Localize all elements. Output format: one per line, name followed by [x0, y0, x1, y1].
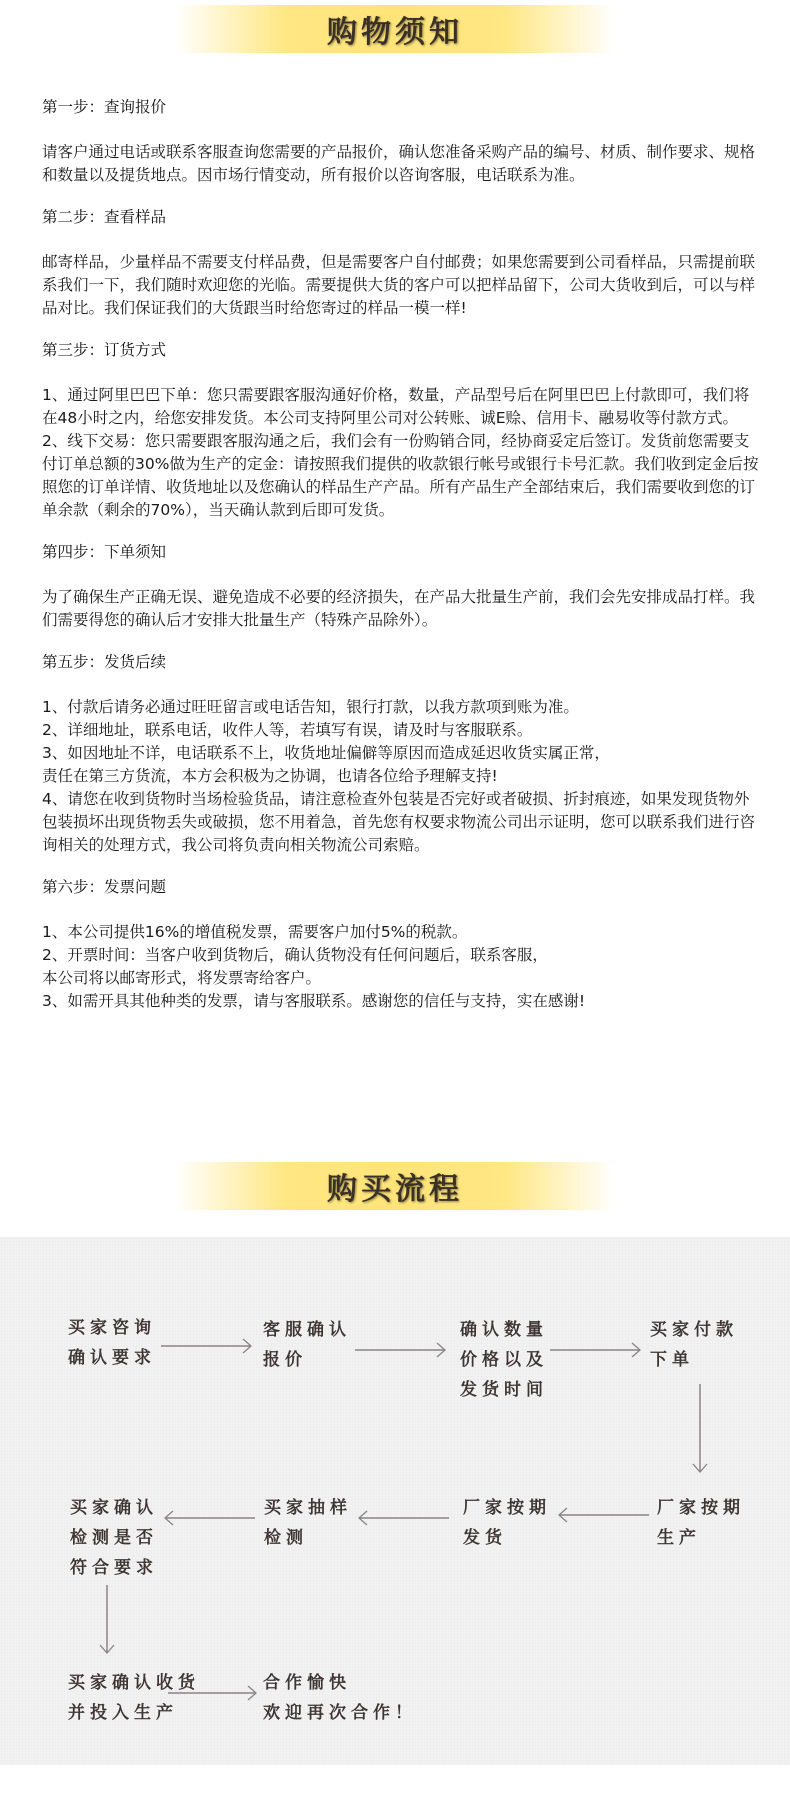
step-1-title: 第一步：查询报价 — [42, 96, 762, 119]
flow-node-inspection: 买家确认 检测是否 符合要求 — [70, 1493, 158, 1583]
step-6-item-3: 3、如需开具其他种类的发票，请与客服联系。感谢您的信任与支持，实在感谢! — [42, 990, 762, 1013]
step-4-title: 第四步：下单须知 — [42, 541, 762, 564]
purchase-flow-title: 购买流程 — [327, 1164, 463, 1208]
step-5-item-1: 1、付款后请务必通过旺旺留言或电话告知，银行打款，以我方款项到账为准。 — [42, 696, 762, 719]
step-5-item-3: 3、如因地址不详，电话联系不上，收货地址偏僻等原因而造成延迟收货实属正常， — [42, 742, 762, 765]
step-6-item-1: 1、本公司提供16%的增值税发票，需要客户加付5%的税款。 — [42, 921, 762, 944]
step-2-section: 第二步：查看样品 邮寄样品，少量样品不需要支付样品费，但是需要客户自付邮费；如果… — [42, 206, 762, 320]
shopping-notice-banner: 购物须知 — [175, 5, 615, 53]
step-6-section: 第六步：发票问题 1、本公司提供16%的增值税发票，需要客户加付5%的税款。 2… — [42, 876, 762, 1013]
step-1-section: 第一步：查询报价 请客户通过电话或联系客服查询您需要的产品报价，确认您准备采购产… — [42, 96, 762, 187]
step-3-paragraph-2: 2、线下交易：您只需要跟客服沟通之后，我们会有一份购销合同，经协商妥定后签订。发… — [42, 430, 762, 522]
arrow-left-icon — [163, 1510, 255, 1526]
purchase-flow-panel: 买家咨询 确认要求 客服确认 报价 确认数量 价格以及 发货时间 买家付款 下单… — [0, 1237, 790, 1765]
step-2-title: 第二步：查看样品 — [42, 206, 762, 229]
step-2-paragraph: 邮寄样品，少量样品不需要支付样品费，但是需要客户自付邮费；如果您需要到公司看样品… — [42, 251, 762, 320]
arrow-right-icon — [168, 1685, 258, 1701]
step-5-title: 第五步：发货后续 — [42, 651, 762, 674]
arrow-left-icon — [557, 1507, 649, 1523]
arrow-left-icon — [357, 1510, 449, 1526]
flow-node-confirm-qty: 确认数量 价格以及 发货时间 — [460, 1315, 548, 1405]
flow-node-payment: 买家付款 下单 — [650, 1315, 738, 1375]
step-4-section: 第四步：下单须知 为了确保生产正确无误、避免造成不必要的经济损失，在产品大批量生… — [42, 541, 762, 632]
flow-node-quote: 客服确认 报价 — [263, 1315, 351, 1375]
flow-node-shipping: 厂家按期 发货 — [463, 1493, 551, 1553]
shopping-notice-title: 购物须知 — [327, 7, 463, 51]
step-3-title: 第三步：订货方式 — [42, 339, 762, 362]
purchase-flow-banner: 购买流程 — [175, 1162, 615, 1210]
flow-node-sampling: 买家抽样 检测 — [264, 1493, 352, 1553]
arrow-down-icon — [692, 1384, 708, 1474]
step-5-item-4: 4、请您在收到货物时当场检验货品，请注意检查外包装是否完好或者破损、折封痕迹，如… — [42, 788, 762, 857]
arrow-right-icon — [161, 1338, 253, 1354]
shopping-notice-content: 第一步：查询报价 请客户通过电话或联系客服查询您需要的产品报价，确认您准备采购产… — [42, 96, 762, 1032]
step-5-item-3-cont: 责任在第三方货流，本方会积极为之协调，也请各位给予理解支持! — [42, 765, 762, 788]
flow-node-cooperation: 合作愉快 欢迎再次合作！ — [263, 1668, 417, 1728]
step-6-item-2: 2、开票时间：当客户收到货物后，确认货物没有任何问题后，联系客服， — [42, 944, 762, 967]
step-6-title: 第六步：发票问题 — [42, 876, 762, 899]
step-3-section: 第三步：订货方式 1、通过阿里巴巴下单：您只需要跟客服沟通好价格，数量，产品型号… — [42, 339, 762, 522]
arrow-right-icon — [355, 1342, 447, 1358]
step-3-paragraph-1: 1、通过阿里巴巴下单：您只需要跟客服沟通好价格，数量，产品型号后在阿里巴巴上付款… — [42, 384, 762, 430]
step-5-item-2: 2、详细地址，联系电话，收件人等，若填写有误，请及时与客服联系。 — [42, 719, 762, 742]
flow-node-production: 厂家按期 生产 — [657, 1493, 745, 1553]
arrow-down-icon — [99, 1585, 115, 1655]
flow-node-inquiry: 买家咨询 确认要求 — [68, 1313, 156, 1373]
step-4-paragraph: 为了确保生产正确无误、避免造成不必要的经济损失，在产品大批量生产前，我们会先安排… — [42, 586, 762, 632]
step-5-section: 第五步：发货后续 1、付款后请务必通过旺旺留言或电话告知，银行打款，以我方款项到… — [42, 651, 762, 857]
step-1-paragraph: 请客户通过电话或联系客服查询您需要的产品报价，确认您准备采购产品的编号、材质、制… — [42, 141, 762, 187]
step-6-item-2-cont: 本公司将以邮寄形式，将发票寄给客户。 — [42, 967, 762, 990]
arrow-right-icon — [550, 1342, 642, 1358]
